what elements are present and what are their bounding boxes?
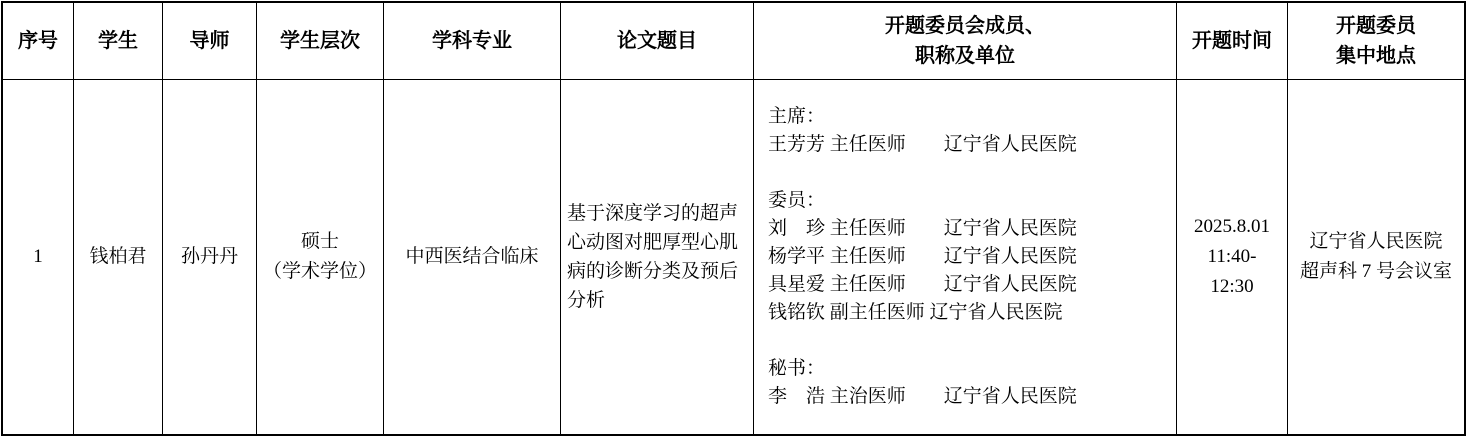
header-committee-members: 开题委员会成员、 职称及单位: [754, 3, 1177, 80]
cell-student-level: 硕士 （学术学位）: [257, 80, 384, 435]
cell-serial-number: 1: [3, 80, 74, 435]
cell-committee-members: 主席： 王芳芳 主任医师 辽宁省人民医院 委员： 刘 珍 主任医师 辽宁省人民医…: [754, 80, 1177, 435]
header-advisor: 导师: [163, 3, 257, 80]
defense-schedule-sheet: 序号 学生 导师 学生层次 学科专业 论文题目 开题委员会成员、 职称及单位 开…: [0, 2, 1466, 439]
header-major: 学科专业: [384, 3, 561, 80]
cell-proposal-time: 2025.8.01 11:40- 12:30: [1177, 80, 1288, 435]
cell-student-name: 钱柏君: [74, 80, 163, 435]
header-row: 序号 学生 导师 学生层次 学科专业 论文题目 开题委员会成员、 职称及单位 开…: [3, 3, 1465, 80]
header-student-level: 学生层次: [257, 3, 384, 80]
header-thesis-title: 论文题目: [561, 3, 754, 80]
header-proposal-time: 开题时间: [1177, 3, 1288, 80]
cell-major: 中西医结合临床: [384, 80, 561, 435]
table-row: 1 钱柏君 孙丹丹 硕士 （学术学位） 中西医结合临床 基于深度学习的超声心动图…: [3, 80, 1465, 435]
header-serial-number: 序号: [3, 3, 74, 80]
cell-meeting-location: 辽宁省人民医院 超声科 7 号会议室: [1288, 80, 1465, 435]
thesis-proposal-table: 序号 学生 导师 学生层次 学科专业 论文题目 开题委员会成员、 职称及单位 开…: [2, 2, 1465, 435]
header-meeting-location: 开题委员 集中地点: [1288, 3, 1465, 80]
header-student: 学生: [74, 3, 163, 80]
cell-thesis-title: 基于深度学习的超声心动图对肥厚型心肌病的诊断分类及预后分析: [561, 80, 754, 435]
cell-advisor-name: 孙丹丹: [163, 80, 257, 435]
